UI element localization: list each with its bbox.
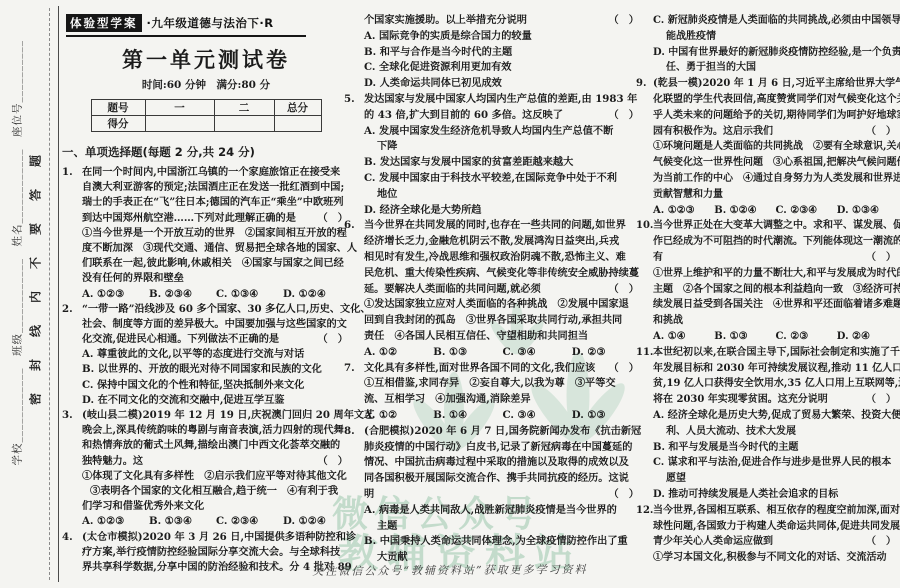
line-text: B. 以世界的、开放的眼光对待不同国家和民族的文化 (82, 362, 322, 377)
question-number: 1. (62, 165, 73, 180)
line-text: 同各国积极开展国际交流合作、携手共同抗疫的经历。这说 (364, 471, 629, 487)
line-text: 化联盟的学生代表回信,高度赞赏同学们对气候变化这个关 (653, 92, 900, 108)
text-line: 主题 ②各个国家之间的根本利益趋向一致 ③经济可持 (636, 282, 898, 298)
line-text: 任、勇于担当的大国 (666, 60, 756, 76)
line-text: 度不断加深 ③现代交通、通信、贸易把全球各地的国家、人 (82, 241, 357, 256)
line-text: 相见时有发生,冷战思维和强权政治阴魂不散,恐怖主义、难 (364, 250, 626, 266)
line-text: 乎人类未来的问题给予的关切,期待同学们为呵护好地球家 (653, 108, 900, 124)
text-line: D. 中国有世界最好的新冠肺炎疫情防控经验,是一个负责 (636, 45, 898, 61)
question-line: 6.当今世界在共同发展的同时,也存在一些共同的问题,如世界 (344, 218, 641, 234)
line-text: 和挑战 (653, 313, 683, 329)
line-text: 贡献智慧和力量 (653, 187, 723, 203)
answer-choice: A. ①②③ (82, 514, 149, 529)
text-line: B. 和平与发展是当今时代的主题 (636, 440, 898, 456)
text-line: 贫,19 亿人口获得安全饮用水,35 亿人口用上互联网等,还 (636, 376, 898, 392)
question-line: 7.文化具有多样性,面对世界各国不同的文化,我们应该（ ） (344, 361, 641, 377)
answer-choice: B. ①③ (433, 345, 502, 361)
answer-choice: B. ①③④ (149, 514, 216, 529)
text-line: 明（ ） (344, 487, 641, 503)
line-text: ①体现了文化具有多样性 ②启示我们应平等对待其他文化 (82, 469, 347, 484)
section-heading: 一、单项选择题(每题 2 分,共 24 分) (62, 144, 350, 160)
question-number: 8. (344, 424, 355, 440)
question-line: 1.在同一个时间内,中国浙江乌镇的一个家庭旅馆正在接受来 (62, 165, 350, 180)
answer-choice: C. ②③ (776, 329, 837, 345)
answer-choice: C. ①③④ (216, 287, 283, 302)
line-text: C. 谋求和平与法治,促进合作与进步是世界人民的根本 (653, 455, 891, 471)
score-table: 题号 一 二 总分 得分 (91, 99, 322, 132)
text-line: 续发展日益受到各国关注 ④世界和平还面临着诸多难题 (636, 297, 898, 313)
text-line: 社会、制度等方面的差异极大。中国要加强与这些国家的文 (62, 317, 350, 332)
question-number: 10. (636, 218, 653, 234)
text-line: ①互相借鉴,求同存异 ②妄自尊大,以我为尊 ③平等交 (344, 376, 641, 392)
text-line: 年发展目标和 2030 年可持续发展议程,推动 11 亿人口脱 (636, 361, 898, 377)
text-line: ①世界上维护和平的力量不断壮大,和平与发展成为时代的 (636, 266, 898, 282)
line-text: 作已经成为不可阻挡的时代潮流。下列能体现这一潮流的 (653, 234, 900, 250)
text-line: 贡献智慧和力量 (636, 187, 898, 203)
text-line: 和挑战 (636, 313, 898, 329)
answer-choice: B. ②③④ (149, 287, 216, 302)
exam-column-3: C. 新冠肺炎疫情是人类面临的共同挑战,必须由中国领导才能战胜疫情D. 中国有世… (636, 13, 898, 566)
line-text: 没有任何的界限和壁垒 (82, 271, 184, 286)
text-line: 任、勇于担当的大国 (636, 60, 898, 76)
line-text: 肺炎疫情的中国行动》白皮书,记录了新冠病毒在中国蔓延的 (364, 440, 632, 456)
text-line: 情况、中国抗击病毒过程中采取的措施以及取得的成效以及 (344, 455, 641, 471)
answer-choice: D. ①②④ (283, 514, 350, 529)
text-line: 没有任何的界限和壁垒 (62, 271, 350, 286)
seal-warning-text: 密 封 线 内 不 要 答 题 (27, 144, 44, 412)
question-lines-col2: 个国家实施援助。以上举措充分说明（ ）A. 国际竞争的实质是综合国力的较量B. … (344, 13, 641, 566)
line-text: 有 (653, 250, 663, 266)
line-text: 利、人员大流动、技术大发展 (666, 424, 796, 440)
answer-choice: A. ①④ (653, 329, 714, 345)
line-text: ③表明各个国家的文化相互融合,趋于统一 ④有利于我 (90, 484, 338, 499)
score-cell-empty (145, 116, 214, 132)
text-line: A. 国际竞争的实质是综合国力的较量 (344, 29, 641, 45)
text-line: 为当前工作的中心 ④通过自身努力为人类发展和世界进步 (636, 171, 898, 187)
line-text: 自澳大利亚游客的预定;法国酒庄正在发送一批红酒到中国; (82, 180, 344, 195)
line-text: 民危机、重大传染性疾病、气候变化等非传统安全威胁持续蔓 (364, 266, 639, 282)
text-line: 自澳大利亚游客的预定;法国酒庄正在发送一批红酒到中国; (62, 180, 350, 195)
line-text: 文化具有多样性,面对世界各国不同的文化,我们应该 (364, 361, 595, 377)
line-text: ①互相借鉴,求同存异 ②妄自尊大,以我为尊 ③平等交 (364, 376, 616, 392)
answer-choice: D. ①③ (572, 408, 641, 424)
text-line: 地位 (344, 187, 641, 203)
line-text: 本世纪初以来,在联合国主导下,国际社会制定和实施了千 (653, 345, 900, 361)
text-line: 经济增长乏力,金融危机阴云不散,发展鸿沟日益突出,兵戎 (344, 234, 641, 250)
line-text: 青少年关心人类命运应做到 (653, 534, 773, 550)
answer-choice: C. ②③④ (216, 514, 283, 529)
answer-parentheses: （ ） (866, 250, 898, 266)
question-line: 11.本世纪初以来,在联合国主导下,国际社会制定和实施了千 (636, 345, 898, 361)
text-line: 到达中国郑州航空港……下列对此理解正确的是（ ） (62, 211, 350, 226)
line-text: “一带一路”沿线涉及 60 多个国家、30 多亿人口,历史、文化、 (82, 302, 371, 317)
series-badge: 体验型学案 (66, 14, 142, 32)
text-line: 流、互相学习 ④加强沟通,消除差异 (344, 392, 641, 408)
line-text: 疗方案,举行疫情防控经验国际分享交流大会。与全球科技 (82, 545, 340, 560)
question-number: 5. (344, 92, 355, 108)
line-text: B. 中国秉持人类命运共同体理念,为全球疫情防控作出了重 (364, 534, 628, 550)
line-text: 年发展目标和 2030 年可持续发展议程,推动 11 亿人口脱 (653, 361, 900, 377)
text-line: 疗方案,举行疫情防控经验国际分享交流大会。与全球科技 (62, 545, 350, 560)
question-number: 4. (62, 530, 73, 545)
paper-header: 体验型学案 ·九年级道德与法治下·R (66, 14, 306, 37)
line-text: D. 中国有世界最好的新冠肺炎疫情防控经验,是一个负责 (653, 45, 900, 61)
text-line: C. 谋求和平与法治,促进合作与进步是世界人民的根本 (636, 455, 898, 471)
text-line: 们联系在一起,彼此影响,休戚相关 ④国家与国家之间已经 (62, 256, 350, 271)
line-text: 园有积极作为。这启示我们 (653, 124, 773, 140)
line-text: B. 发达国家与发展中国家的贫富差距越来越大 (364, 155, 573, 171)
text-line: 民危机、重大传染性疾病、气候变化等非传统安全威胁持续蔓 (344, 266, 641, 282)
text-line: C. 全球化促进资源利用更加有效 (344, 60, 641, 76)
text-line: 有（ ） (636, 250, 898, 266)
answer-row: A. ①②B. ①④C. ③④D. ①③ (344, 408, 641, 424)
text-line: 能战胜疫情 (636, 29, 898, 45)
line-text: 主题 ②各个国家之间的根本利益趋向一致 ③经济可持 (653, 282, 900, 298)
line-text: 下降 (377, 139, 397, 155)
line-text: 在同一个时间内,中国浙江乌镇的一个家庭旅馆正在接受来 (82, 165, 340, 180)
answer-choice: C. ③④ (503, 345, 572, 361)
answer-choice: B. ①②④ (714, 203, 775, 219)
text-line: 利、人员大流动、技术大发展 (636, 424, 898, 440)
line-text: 独特魅力。这 (82, 454, 143, 469)
line-text: (乾县一模)2020 年 1 月 6 日,习近平主席给世界大学气候变 (653, 76, 900, 92)
text-line: A. 病毒是人类共同敌人,战胜新冠肺炎疫情是当今世界的 (344, 503, 641, 519)
text-line: 们学习和借鉴优秀外来文化 (62, 499, 350, 514)
line-text: C. 发展中国家由于科技水平较差,在国际竞争中处于不利 (364, 171, 617, 187)
text-line: 园有积极作为。这启示我们（ ） (636, 124, 898, 140)
answer-choice: A. ①② (364, 345, 433, 361)
text-line: A. 尊重彼此的文化,以平等的态度进行交流与对话 (62, 347, 350, 362)
line-text: (太仓市模拟)2020 年 3 月 26 日,中国提供多语种防控和诊 (82, 530, 356, 545)
text-line: 青少年关心人类命运应做到（ ） (636, 534, 898, 550)
text-line: 将在 2030 年实现零贫困。这充分说明（ ） (636, 392, 898, 408)
text-line: 瑞士的手表正在“飞”往日本;德国的汽车正“乘坐”中欧班列 (62, 195, 350, 210)
text-line: 乎人类未来的问题给予的关切,期待同学们为呵护好地球家 (636, 108, 898, 124)
text-line: B. 中国秉持人类命运共同体理念,为全球疫情防控作出了重 (344, 534, 641, 550)
line-text: ①环境问题是人类面临的共同挑战 ②要有全球意识,关心 (653, 139, 900, 155)
text-line: A. 经济全球化是历史大势,促成了贸易大繁荣、投资大便 (636, 408, 898, 424)
paper-title: 第一单元测试卷 (62, 44, 350, 74)
answer-row: A. ①②③B. ①②④C. ②③④D. ①③④ (636, 203, 898, 219)
text-line: 化交流,促进民心相通。下列做法不正确的是（ ） (62, 332, 350, 347)
answer-choice: D. ①③④ (837, 203, 898, 219)
line-text: ①当今世界是一个开放互动的世界 ②国家间相互开放的程 (82, 226, 347, 241)
text-line: A. 发展中国家发生经济危机导致人均国内生产总值不断 (344, 124, 641, 140)
line-text: (岐山县二模)2019 年 12 月 19 日,庆祝澳门回归 20 周年文艺 (82, 408, 374, 423)
line-text: 瑞士的手表正在“飞”往日本;德国的汽车正“乘坐”中欧班列 (82, 195, 344, 210)
text-line: 和热情奔放的葡式土风舞,描绘出澳门中西文化荟萃交融的 (62, 438, 350, 453)
answer-choice: B. ①③ (714, 329, 775, 345)
text-line: D. 经济全球化是大势所趋 (344, 203, 641, 219)
line-text: C. 全球化促进资源利用更加有效 (364, 60, 511, 76)
score-cell-empty (274, 116, 321, 132)
text-line: 度不断加深 ③现代交通、通信、贸易把全球各地的国家、人 (62, 241, 350, 256)
text-line: B. 和平与合作是当今时代的主题 (344, 45, 641, 61)
line-text: D. 在不同文化的交流和交融中,促进互学互鉴 (82, 393, 284, 408)
text-line: 愿望 (636, 471, 898, 487)
score-cell-empty (214, 116, 274, 132)
line-text: A. 经济全球化是历史大势,促成了贸易大繁荣、投资大便 (653, 408, 900, 424)
text-line: 晚会上,深具传统韵味的粤剧与南音表演,活力四射的现代舞 (62, 423, 350, 438)
text-line: D. 人类命运共同体已初见成效 (344, 76, 641, 92)
line-text: ①世界上维护和平的力量不断壮大,和平与发展成为时代的 (653, 266, 900, 282)
line-text: 将在 2030 年实现零贫困。这充分说明 (653, 392, 828, 408)
answer-choice: D. ①②④ (283, 287, 350, 302)
line-text: A. 尊重彼此的文化,以平等的态度进行交流与对话 (82, 347, 304, 362)
text-line: C. 新冠肺炎疫情是人类面临的共同挑战,必须由中国领导才 (636, 13, 898, 29)
question-line: 2.“一带一路”沿线涉及 60 多个国家、30 多亿人口,历史、文化、 (62, 302, 350, 317)
answer-parentheses: （ ） (866, 124, 898, 140)
text-line: ①发达国家独立应对人类面临的各种挑战 ②发展中国家退 (344, 297, 641, 313)
line-text: 延。要解决人类面临的共同问题,就必须 (364, 282, 541, 298)
text-line: C. 发展中国家由于科技水平较差,在国际竞争中处于不利 (344, 171, 641, 187)
line-text: D. 经济全球化是大势所趋 (364, 203, 481, 219)
text-line: 个国家实施援助。以上举措充分说明（ ） (344, 13, 641, 29)
question-lines-col3: C. 新冠肺炎疫情是人类面临的共同挑战,必须由中国领导才能战胜疫情D. 中国有世… (636, 13, 898, 566)
line-text: 流、互相学习 ④加强沟通,消除差异 (364, 392, 531, 408)
answer-row: A. ①②B. ①③C. ③④D. ②③ (344, 345, 641, 361)
answer-parentheses: （ ） (866, 392, 898, 408)
text-line: 肺炎疫情的中国行动》白皮书,记录了新冠病毒在中国蔓延的 (344, 440, 641, 456)
line-text: 当今世界,各国相互联系、相互依存的程度空前加深,面对全 (653, 503, 900, 519)
question-line: 3.(岐山县二模)2019 年 12 月 19 日,庆祝澳门回归 20 周年文艺 (62, 408, 350, 423)
line-text: 到达中国郑州航空港……下列对此理解正确的是 (82, 211, 296, 226)
line-text: 贫,19 亿人口获得安全饮用水,35 亿人口用上互联网等,还 (653, 376, 900, 392)
line-text: 当今世界正处在大变革大调整之中。求和平、谋发展、促合 (653, 218, 900, 234)
text-line: ③表明各个国家的文化相互融合,趋于统一 ④有利于我 (62, 484, 350, 499)
exam-column-1: 体验型学案 ·九年级道德与法治下·R 第一单元测试卷 时间:60 分钟 满分:8… (62, 14, 350, 575)
subject-label: ·九年级道德与法治下·R (147, 15, 274, 31)
answer-choice: D. ②④ (837, 329, 898, 345)
line-text: 个国家实施援助。以上举措充分说明 (364, 13, 527, 29)
score-header-cell: 二 (214, 100, 274, 116)
line-text: 情况、中国抗击病毒过程中采取的措施以及取得的成效以及 (364, 455, 629, 471)
text-line: 责任 ④各国人民相互信任、守望相助和共同担当 (344, 329, 641, 345)
line-text: D. 人类命运共同体已初见成效 (364, 76, 502, 92)
text-line: D. 推动可持续发展是人类社会追求的目标 (636, 487, 898, 503)
line-text: 社会、制度等方面的差异极大。中国要加强与这些国家的文 (82, 317, 347, 332)
text-line: D. 在不同文化的交流和交融中,促进互学互鉴 (62, 393, 350, 408)
line-text: C. 保持中国文化的个性和特征,坚决抵制外来文化 (82, 378, 304, 393)
text-line: 的 43 倍,扩大到目前的 60 多倍。这反映了（ ） (344, 108, 641, 124)
line-text: 化交流,促进民心相通。下列做法不正确的是 (82, 332, 279, 347)
line-text: 责任 ④各国人民相互信任、守望相助和共同担当 (364, 329, 588, 345)
question-number: 7. (344, 361, 355, 377)
line-text: 当今世界在共同发展的同时,也存在一些共同的问题,如世界 (364, 218, 626, 234)
exam-paper-page: 微信公众号 教辅资料站 学校____________ 班级___________… (0, 0, 900, 588)
question-line: 9.(乾县一模)2020 年 1 月 6 日,习近平主席给世界大学气候变 (636, 76, 898, 92)
question-number: 3. (62, 408, 73, 423)
line-text: 球性问题,各国致力于构建人类命运共同体,促进共同发展。 (653, 519, 900, 535)
answer-choice: C. ③④ (503, 408, 572, 424)
answer-choice: A. ①② (364, 408, 433, 424)
answer-choice: A. ①②③ (653, 203, 714, 219)
text-line: ①体现了文化具有多样性 ②启示我们应平等对待其他文化 (62, 469, 350, 484)
line-text: (合肥模拟)2020 年 6 月 7 日,国务院新闻办发布《抗击新冠 (364, 424, 641, 440)
line-text: 们联系在一起,彼此影响,休戚相关 ④国家与国家之间已经 (82, 256, 344, 271)
answer-parentheses: （ ） (866, 534, 898, 550)
text-line: ①环境问题是人类面临的共同挑战 ②要有全球意识,关心 (636, 139, 898, 155)
text-line: 独特魅力。这（ ） (62, 454, 350, 469)
text-line: 回到自我封闭的孤岛 ③世界各国采取共同行动,承担共同 (344, 313, 641, 329)
line-text: ①发达国家独立应对人类面临的各种挑战 ②发展中国家退 (364, 297, 629, 313)
line-text: 经济增长乏力,金融危机阴云不散,发展鸿沟日益突出,兵戎 (364, 234, 619, 250)
question-number: 12. (636, 503, 653, 519)
line-text: A. 病毒是人类共同敌人,战胜新冠肺炎疫情是当今世界的 (364, 503, 617, 519)
score-row-label: 得分 (91, 116, 145, 132)
line-text: C. 新冠肺炎疫情是人类面临的共同挑战,必须由中国领导才 (653, 13, 900, 29)
line-text: B. 和平与发展是当今时代的主题 (653, 440, 798, 456)
line-text: B. 和平与合作是当今时代的主题 (364, 45, 512, 61)
answer-choice: B. ①④ (433, 408, 502, 424)
line-text: 能战胜疫情 (666, 29, 716, 45)
question-number: 6. (344, 218, 355, 234)
score-header-cell: 题号 (91, 100, 145, 116)
question-line: 5.发达国家与发展中国家人均国内生产总值的差距,由 1983 年 (344, 92, 641, 108)
answer-row: A. ①②③B. ①③④C. ②③④D. ①②④ (62, 514, 350, 529)
answer-choice: A. ①②③ (82, 287, 149, 302)
line-text: 气候变化这一世界性问题 ③心系祖国,把解决气候问题作 (653, 155, 900, 171)
student-info-fields: 学校____________ 班级____________ 姓名________… (10, 106, 25, 466)
question-line: 8.(合肥模拟)2020 年 6 月 7 日,国务院新闻办发布《抗击新冠 (344, 424, 641, 440)
question-line: 4.(太仓市模拟)2020 年 3 月 26 日,中国提供多语种防控和诊 (62, 530, 350, 545)
text-line: C. 保持中国文化的个性和特征,坚决抵制外来文化 (62, 378, 350, 393)
answer-choice: C. ②③④ (776, 203, 837, 219)
question-number: 9. (636, 76, 646, 92)
line-text: D. 推动可持续发展是人类社会追求的目标 (653, 487, 838, 503)
answer-row: A. ①②③B. ②③④C. ①③④D. ①②④ (62, 287, 350, 302)
text-line: 作已经成为不可阻挡的时代潮流。下列能体现这一潮流的 (636, 234, 898, 250)
seal-dashed-line (49, 8, 50, 580)
line-text: 愿望 (666, 471, 686, 487)
text-line: 同各国积极开展国际交流合作、携手共同抗疫的经历。这说 (344, 471, 641, 487)
line-text: 的 43 倍,扩大到目前的 60 多倍。这反映了 (364, 108, 563, 124)
text-line: 气候变化这一世界性问题 ③心系祖国,把解决气候问题作 (636, 155, 898, 171)
text-line: ①当今世界是一个开放互动的世界 ②国家间相互开放的程 (62, 226, 350, 241)
question-line: 12.当今世界,各国相互联系、相互依存的程度空前加深,面对全 (636, 503, 898, 519)
line-text: 们学习和借鉴优秀外来文化 (82, 499, 204, 514)
line-text: 发达国家与发展中国家人均国内生产总值的差距,由 1983 年 (364, 92, 637, 108)
text-line: 化联盟的学生代表回信,高度赞赏同学们对气候变化这个关 (636, 92, 898, 108)
score-header-cell: 一 (145, 100, 214, 116)
text-line: B. 发达国家与发展中国家的贫富差距越来越大 (344, 155, 641, 171)
line-text: 晚会上,深具传统韵味的粤剧与南音表演,活力四射的现代舞 (82, 423, 344, 438)
answer-choice: D. ②③ (572, 345, 641, 361)
line-text: 续发展日益受到各国关注 ④世界和平还面临着诸多难题 (653, 297, 900, 313)
line-text: 为当前工作的中心 ④通过自身努力为人类发展和世界进步 (653, 171, 900, 187)
text-line: 下降 (344, 139, 641, 155)
score-header-cell: 总分 (274, 100, 321, 116)
text-line: B. 以世界的、开放的眼光对待不同国家和民族的文化 (62, 362, 350, 377)
line-text: 明 (364, 487, 374, 503)
question-lines-col1: 1.在同一个时间内,中国浙江乌镇的一个家庭旅馆正在接受来自澳大利亚游客的预定;法… (62, 165, 350, 575)
question-line: 10.当今世界正处在大变革大调整之中。求和平、谋发展、促合 (636, 218, 898, 234)
answer-row: A. ①④B. ①③C. ②③D. ②④ (636, 329, 898, 345)
line-text: 主题 (377, 519, 397, 535)
exam-column-2: 个国家实施援助。以上举措充分说明（ ）A. 国际竞争的实质是综合国力的较量B. … (344, 13, 641, 566)
line-text: 和热情奔放的葡式土风舞,描绘出澳门中西文化荟萃交融的 (82, 438, 340, 453)
question-number: 11. (636, 345, 653, 361)
seal-solid-line (58, 6, 59, 582)
line-text: 回到自我封闭的孤岛 ③世界各国采取共同行动,承担共同 (364, 313, 622, 329)
line-text: A. 国际竞争的实质是综合国力的较量 (364, 29, 532, 45)
line-text: 地位 (377, 187, 397, 203)
line-text: A. 发展中国家发生经济危机导致人均国内生产总值不断 (364, 124, 613, 140)
text-line: 延。要解决人类面临的共同问题,就必须（ ） (344, 282, 641, 298)
paper-meta: 时间:60 分钟 满分:80 分 (62, 77, 350, 92)
text-line: 相见时有发生,冷战思维和强权政治阴魂不散,恐怖主义、难 (344, 250, 641, 266)
text-line: 球性问题,各国致力于构建人类命运共同体,促进共同发展。 (636, 519, 898, 535)
question-number: 2. (62, 302, 73, 317)
text-line: 主题 (344, 519, 641, 535)
